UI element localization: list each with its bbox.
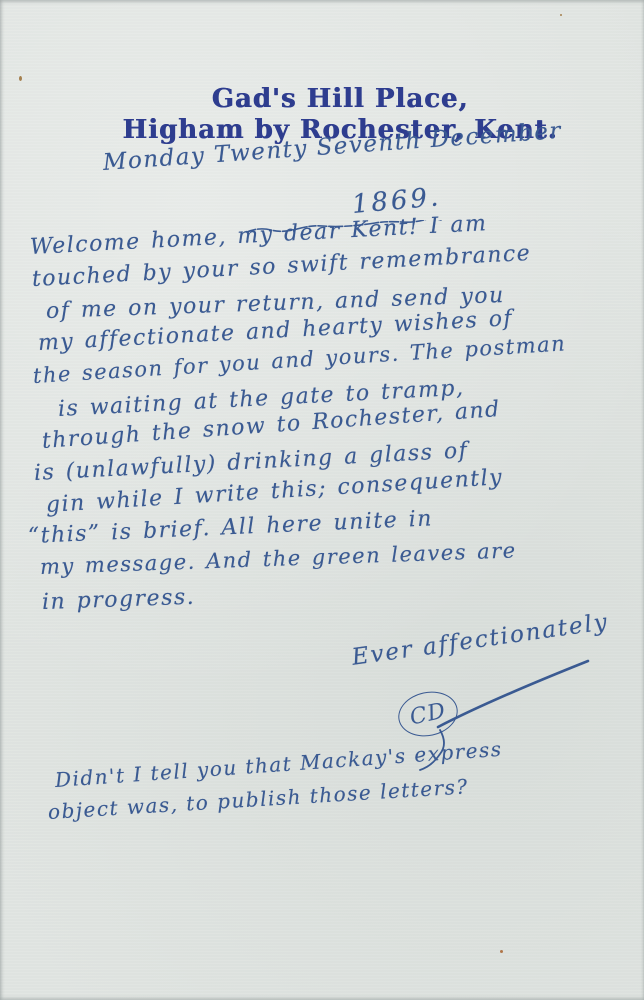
signature-initials: CD (408, 698, 449, 730)
letterhead-line1: Gad's Hill Place, (120, 84, 560, 115)
paper-speck (19, 76, 22, 81)
body-line: in progress. (42, 585, 196, 615)
letter-scan: Gad's Hill Place, Higham by Rochester, K… (0, 0, 644, 1000)
paper-speck (500, 950, 503, 953)
pen-flourish (430, 655, 600, 735)
paper-speck (560, 14, 562, 16)
